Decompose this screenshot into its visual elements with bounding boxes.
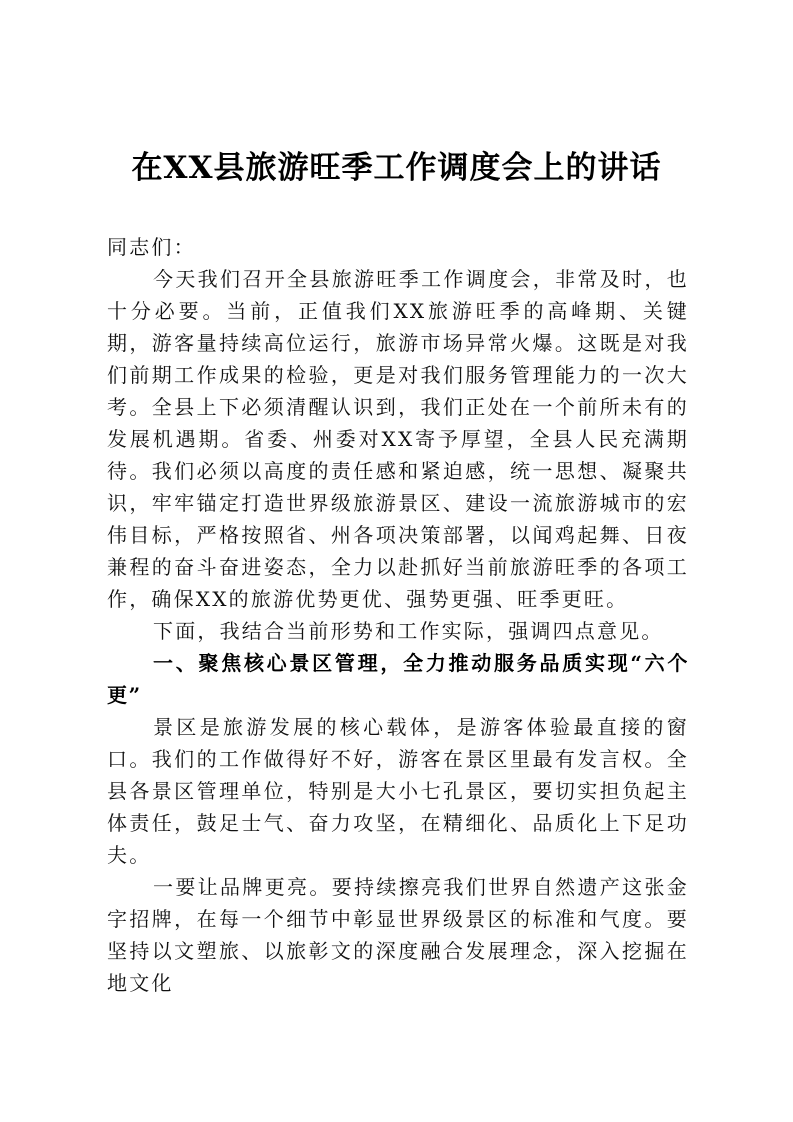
document-page: 在XX县旅游旺季工作调度会上的讲话 同志们： 今天我们召开全县旅游旺季工作调度会… [0, 0, 793, 1122]
paragraph-brand: 一要让品牌更亮。要持续擦亮我们世界自然遗产这张金字招牌，在每一个细节中彰显世界级… [107, 871, 689, 999]
paragraph-opening: 今天我们召开全县旅游旺季工作调度会，非常及时，也十分必要。当前，正值我们XX旅游… [107, 263, 689, 615]
paragraph-section-intro: 景区是旅游发展的核心载体，是游客体验最直接的窗口。我们的工作做得好不好，游客在景… [107, 711, 689, 871]
document-title: 在XX县旅游旺季工作调度会上的讲话 [0, 148, 793, 188]
paragraph-outline: 下面，我结合当前形势和工作实际，强调四点意见。 [107, 615, 689, 647]
section-heading: 一、聚焦核心景区管理，全力推动服务品质实现“六个更” [107, 647, 689, 711]
document-body: 同志们： 今天我们召开全县旅游旺季工作调度会，非常及时，也十分必要。当前，正值我… [107, 231, 689, 999]
salutation: 同志们： [107, 231, 689, 263]
